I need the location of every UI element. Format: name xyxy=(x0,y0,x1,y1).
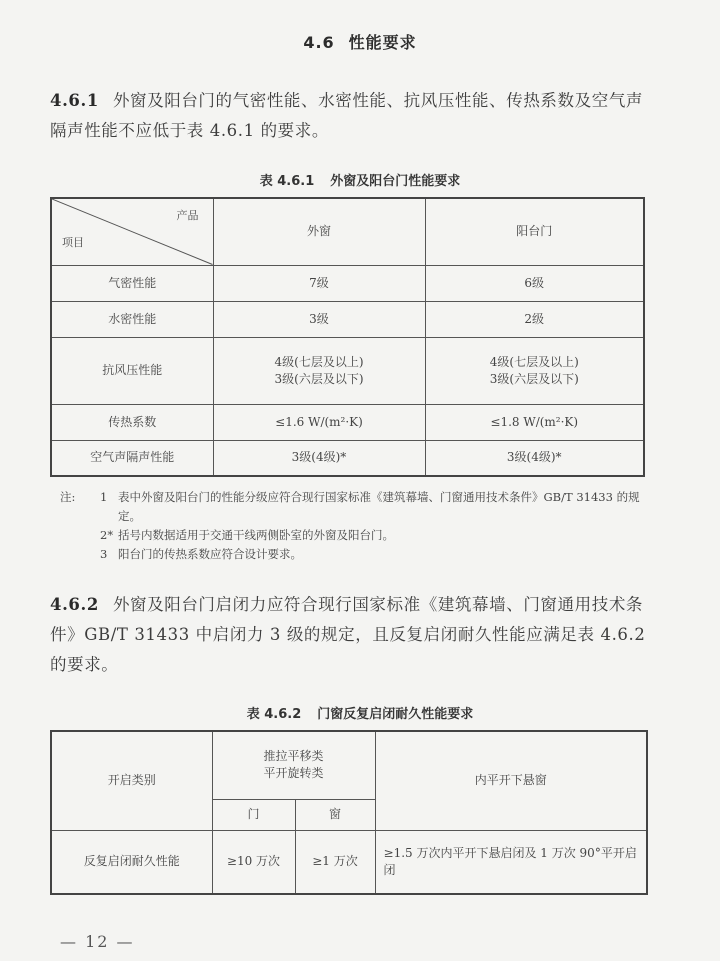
header-tilt-turn-window: 内平开下悬窗 xyxy=(375,731,647,830)
table-header-row: 产品 项目 外窗 阳台门 xyxy=(51,198,644,265)
cell-door: 2级 xyxy=(425,301,644,337)
table-4-6-2-caption: 表 4.6.2门窗反复启闭耐久性能要求 xyxy=(0,703,720,722)
header-sliding-casement: 推拉平移类 平开旋转类 xyxy=(212,731,375,799)
table-row: 反复启闭耐久性能 ≥10 万次 ≥1 万次 ≥1.5 万次内平开下悬启闭及 1 … xyxy=(51,830,647,894)
row-label: 水密性能 xyxy=(51,301,213,337)
note-index: 1 xyxy=(100,488,118,526)
clause-number: 4.6.2 xyxy=(50,595,99,614)
cell-line: 3级(六层及以下) xyxy=(430,371,640,388)
note-text: 表中外窗及阳台门的性能分级应符合现行国家标准《建筑幕墙、门窗通用技术条件》GB/… xyxy=(118,488,660,526)
diagonal-header-cell: 产品 项目 xyxy=(51,198,213,265)
note-index: 2* xyxy=(100,526,118,545)
table-notes: 注: 1 表中外窗及阳台门的性能分级应符合现行国家标准《建筑幕墙、门窗通用技术条… xyxy=(60,488,660,564)
clause-text: 外窗及阳台门启闭力应符合现行国家标准《建筑幕墙、门窗通用技术条件》GB/T 31… xyxy=(50,595,645,674)
note-text: 括号内数据适用于交通干线两侧卧室的外窗及阳台门。 xyxy=(118,526,660,545)
cell-line: 4级(七层及以上) xyxy=(430,354,640,371)
row-label: 传热系数 xyxy=(51,404,213,440)
row-label: 反复启闭耐久性能 xyxy=(51,830,212,894)
corner-item-label: 项目 xyxy=(62,234,84,251)
header-line: 推拉平移类 xyxy=(217,748,371,765)
cell-window: 7级 xyxy=(213,265,425,301)
table-title: 外窗及阳台门性能要求 xyxy=(330,174,460,189)
cell-window: ≤1.6 W/(m²·K) xyxy=(213,404,425,440)
row-label: 气密性能 xyxy=(51,265,213,301)
header-opening-type: 开启类别 xyxy=(51,731,212,830)
table-number: 表 4.6.2 xyxy=(247,707,302,722)
table-4-6-1-caption: 表 4.6.1外窗及阳台门性能要求 xyxy=(0,170,720,189)
table-row: 气密性能 7级 6级 xyxy=(51,265,644,301)
header-door: 门 xyxy=(212,799,295,830)
section-number: 4.6 xyxy=(303,33,334,52)
section-heading: 4.6性能要求 xyxy=(0,30,720,53)
table-title: 门窗反复启闭耐久性能要求 xyxy=(317,707,473,722)
clause-text: 外窗及阳台门的气密性能、水密性能、抗风压性能、传热系数及空气声隔声性能不应低于表… xyxy=(50,91,643,140)
column-header-door: 阳台门 xyxy=(425,198,644,265)
cell-door: 6级 xyxy=(425,265,644,301)
note-item: 3 阳台门的传热系数应符合设计要求。 xyxy=(60,545,660,564)
table-row: 抗风压性能 4级(七层及以上) 3级(六层及以下) 4级(七层及以上) 3级(六… xyxy=(51,337,644,404)
clause-number: 4.6.1 xyxy=(50,91,99,110)
clause-4-6-2: 4.6.2外窗及阳台门启闭力应符合现行国家标准《建筑幕墙、门窗通用技术条件》GB… xyxy=(50,590,655,680)
table-row: 水密性能 3级 2级 xyxy=(51,301,644,337)
note-index: 3 xyxy=(100,545,118,564)
cell-door: ≥10 万次 xyxy=(212,830,295,894)
cell-window: 3级(4级)* xyxy=(213,440,425,476)
cell-tilt-turn: ≥1.5 万次内平开下悬启闭及 1 万次 90°平开启闭 xyxy=(375,830,647,894)
table-4-6-1: 产品 项目 外窗 阳台门 气密性能 7级 6级 水密性能 3级 2级 抗风压性能… xyxy=(50,197,645,477)
cell-line: 3级(六层及以下) xyxy=(218,371,421,388)
cell-window: 3级 xyxy=(213,301,425,337)
cell-door: 4级(七层及以上) 3级(六层及以下) xyxy=(425,337,644,404)
table-4-6-2: 开启类别 推拉平移类 平开旋转类 内平开下悬窗 门 窗 反复启闭耐久性能 ≥10… xyxy=(50,730,648,895)
cell-window: 4级(七层及以上) 3级(六层及以下) xyxy=(213,337,425,404)
row-label: 空气声隔声性能 xyxy=(51,440,213,476)
cell-line: 4级(七层及以上) xyxy=(218,354,421,371)
row-label: 抗风压性能 xyxy=(51,337,213,404)
notes-label: 注: xyxy=(60,488,100,526)
corner-product-label: 产品 xyxy=(177,207,199,224)
note-item: 2* 括号内数据适用于交通干线两侧卧室的外窗及阳台门。 xyxy=(60,526,660,545)
table-row: 传热系数 ≤1.6 W/(m²·K) ≤1.8 W/(m²·K) xyxy=(51,404,644,440)
table-row: 空气声隔声性能 3级(4级)* 3级(4级)* xyxy=(51,440,644,476)
cell-door: ≤1.8 W/(m²·K) xyxy=(425,404,644,440)
header-line: 平开旋转类 xyxy=(217,765,371,782)
table-header-row: 开启类别 推拉平移类 平开旋转类 内平开下悬窗 xyxy=(51,731,647,799)
page-number: — 12 — xyxy=(60,932,135,951)
header-window: 窗 xyxy=(295,799,375,830)
clause-4-6-1: 4.6.1外窗及阳台门的气密性能、水密性能、抗风压性能、传热系数及空气声隔声性能… xyxy=(50,86,655,146)
document-page: 4.6性能要求 4.6.1外窗及阳台门的气密性能、水密性能、抗风压性能、传热系数… xyxy=(0,0,720,961)
section-title: 性能要求 xyxy=(349,33,417,52)
cell-window: ≥1 万次 xyxy=(295,830,375,894)
table-number: 表 4.6.1 xyxy=(260,174,315,189)
note-text: 阳台门的传热系数应符合设计要求。 xyxy=(118,545,660,564)
column-header-window: 外窗 xyxy=(213,198,425,265)
note-item: 注: 1 表中外窗及阳台门的性能分级应符合现行国家标准《建筑幕墙、门窗通用技术条… xyxy=(60,488,660,526)
cell-door: 3级(4级)* xyxy=(425,440,644,476)
